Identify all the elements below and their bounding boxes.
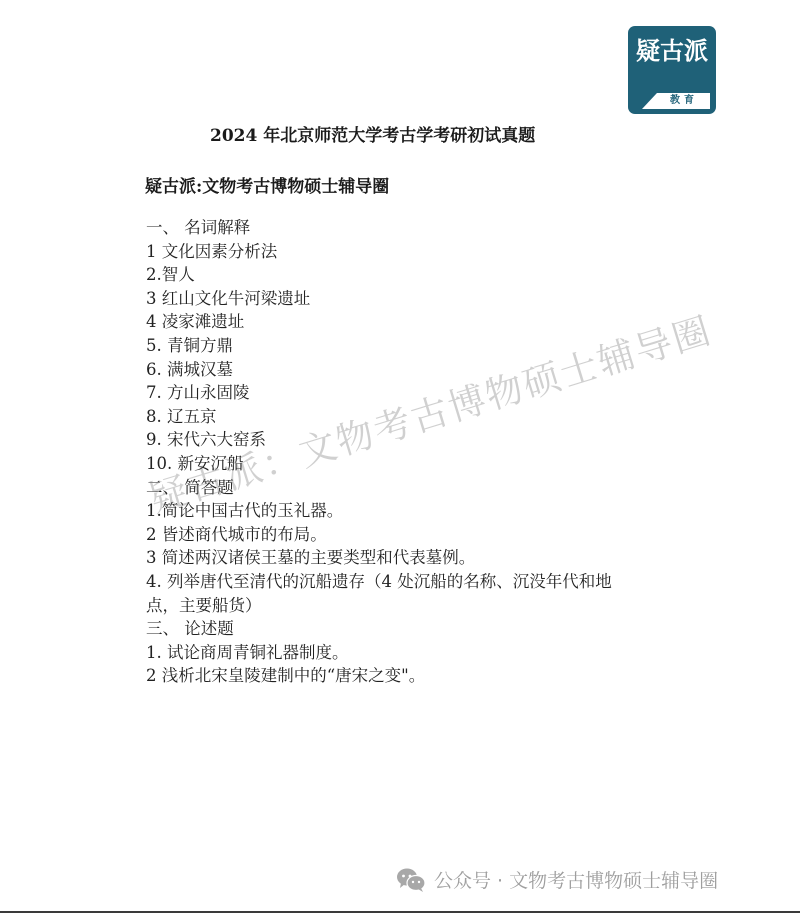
list-item: 1. 试论商周青铜礼器制度。 <box>146 641 686 665</box>
brand-logo: 疑古派 教育 <box>628 26 716 114</box>
section-heading: 三、 论述题 <box>146 617 686 641</box>
exam-content: 一、 名词解释 1 文化因素分析法 2.智人 3 红山文化牛河梁遗址 4 凌家滩… <box>146 216 686 688</box>
list-item: 2 浅析北宋皇陵建制中的“唐宋之变"。 <box>146 664 686 688</box>
list-item: 3 简述两汉诸侯王墓的主要类型和代表墓例。 <box>146 546 686 570</box>
document-title: 2024 年北京师范大学考古学考研初试真题 <box>210 121 535 146</box>
section-heading: 二、 简答题 <box>146 476 686 500</box>
list-item: 4. 列举唐代至清代的沉船遗存（4 处沉船的名称、沉没年代和地 <box>146 570 686 594</box>
section-heading: 一、 名词解释 <box>146 216 686 240</box>
document-subtitle: 疑古派:文物考古博物硕士辅导圈 <box>145 172 389 197</box>
wechat-icon <box>396 867 426 893</box>
list-item: 6. 满城汉墓 <box>146 358 686 382</box>
footer-attribution: 公众号 · 文物考古博物硕士辅导圈 <box>396 866 718 893</box>
logo-name: 疑古派 <box>628 36 716 66</box>
list-item: 8. 辽五京 <box>146 405 686 429</box>
list-item: 9. 宋代六大窑系 <box>146 428 686 452</box>
footer-text: 公众号 · 文物考古博物硕士辅导圈 <box>434 866 718 893</box>
list-item: 4 凌家滩遗址 <box>146 310 686 334</box>
list-item-continuation: 点，主要船货） <box>146 594 686 618</box>
list-item: 10. 新安沉船 <box>146 452 686 476</box>
list-item: 5. 青铜方鼎 <box>146 334 686 358</box>
logo-tab-label: 教育 <box>658 93 710 109</box>
list-item: 2.智人 <box>146 263 686 287</box>
list-item: 3 红山文化牛河梁遗址 <box>146 287 686 311</box>
document-page: 疑古派 教育 2024 年北京师范大学考古学考研初试真题 疑古派:文物考古博物硕… <box>0 0 800 913</box>
list-item: 7. 方山永固陵 <box>146 381 686 405</box>
list-item: 1 文化因素分析法 <box>146 240 686 264</box>
list-item: 1.简论中国古代的玉礼器。 <box>146 499 686 523</box>
list-item: 2 皆述商代城市的布局。 <box>146 523 686 547</box>
